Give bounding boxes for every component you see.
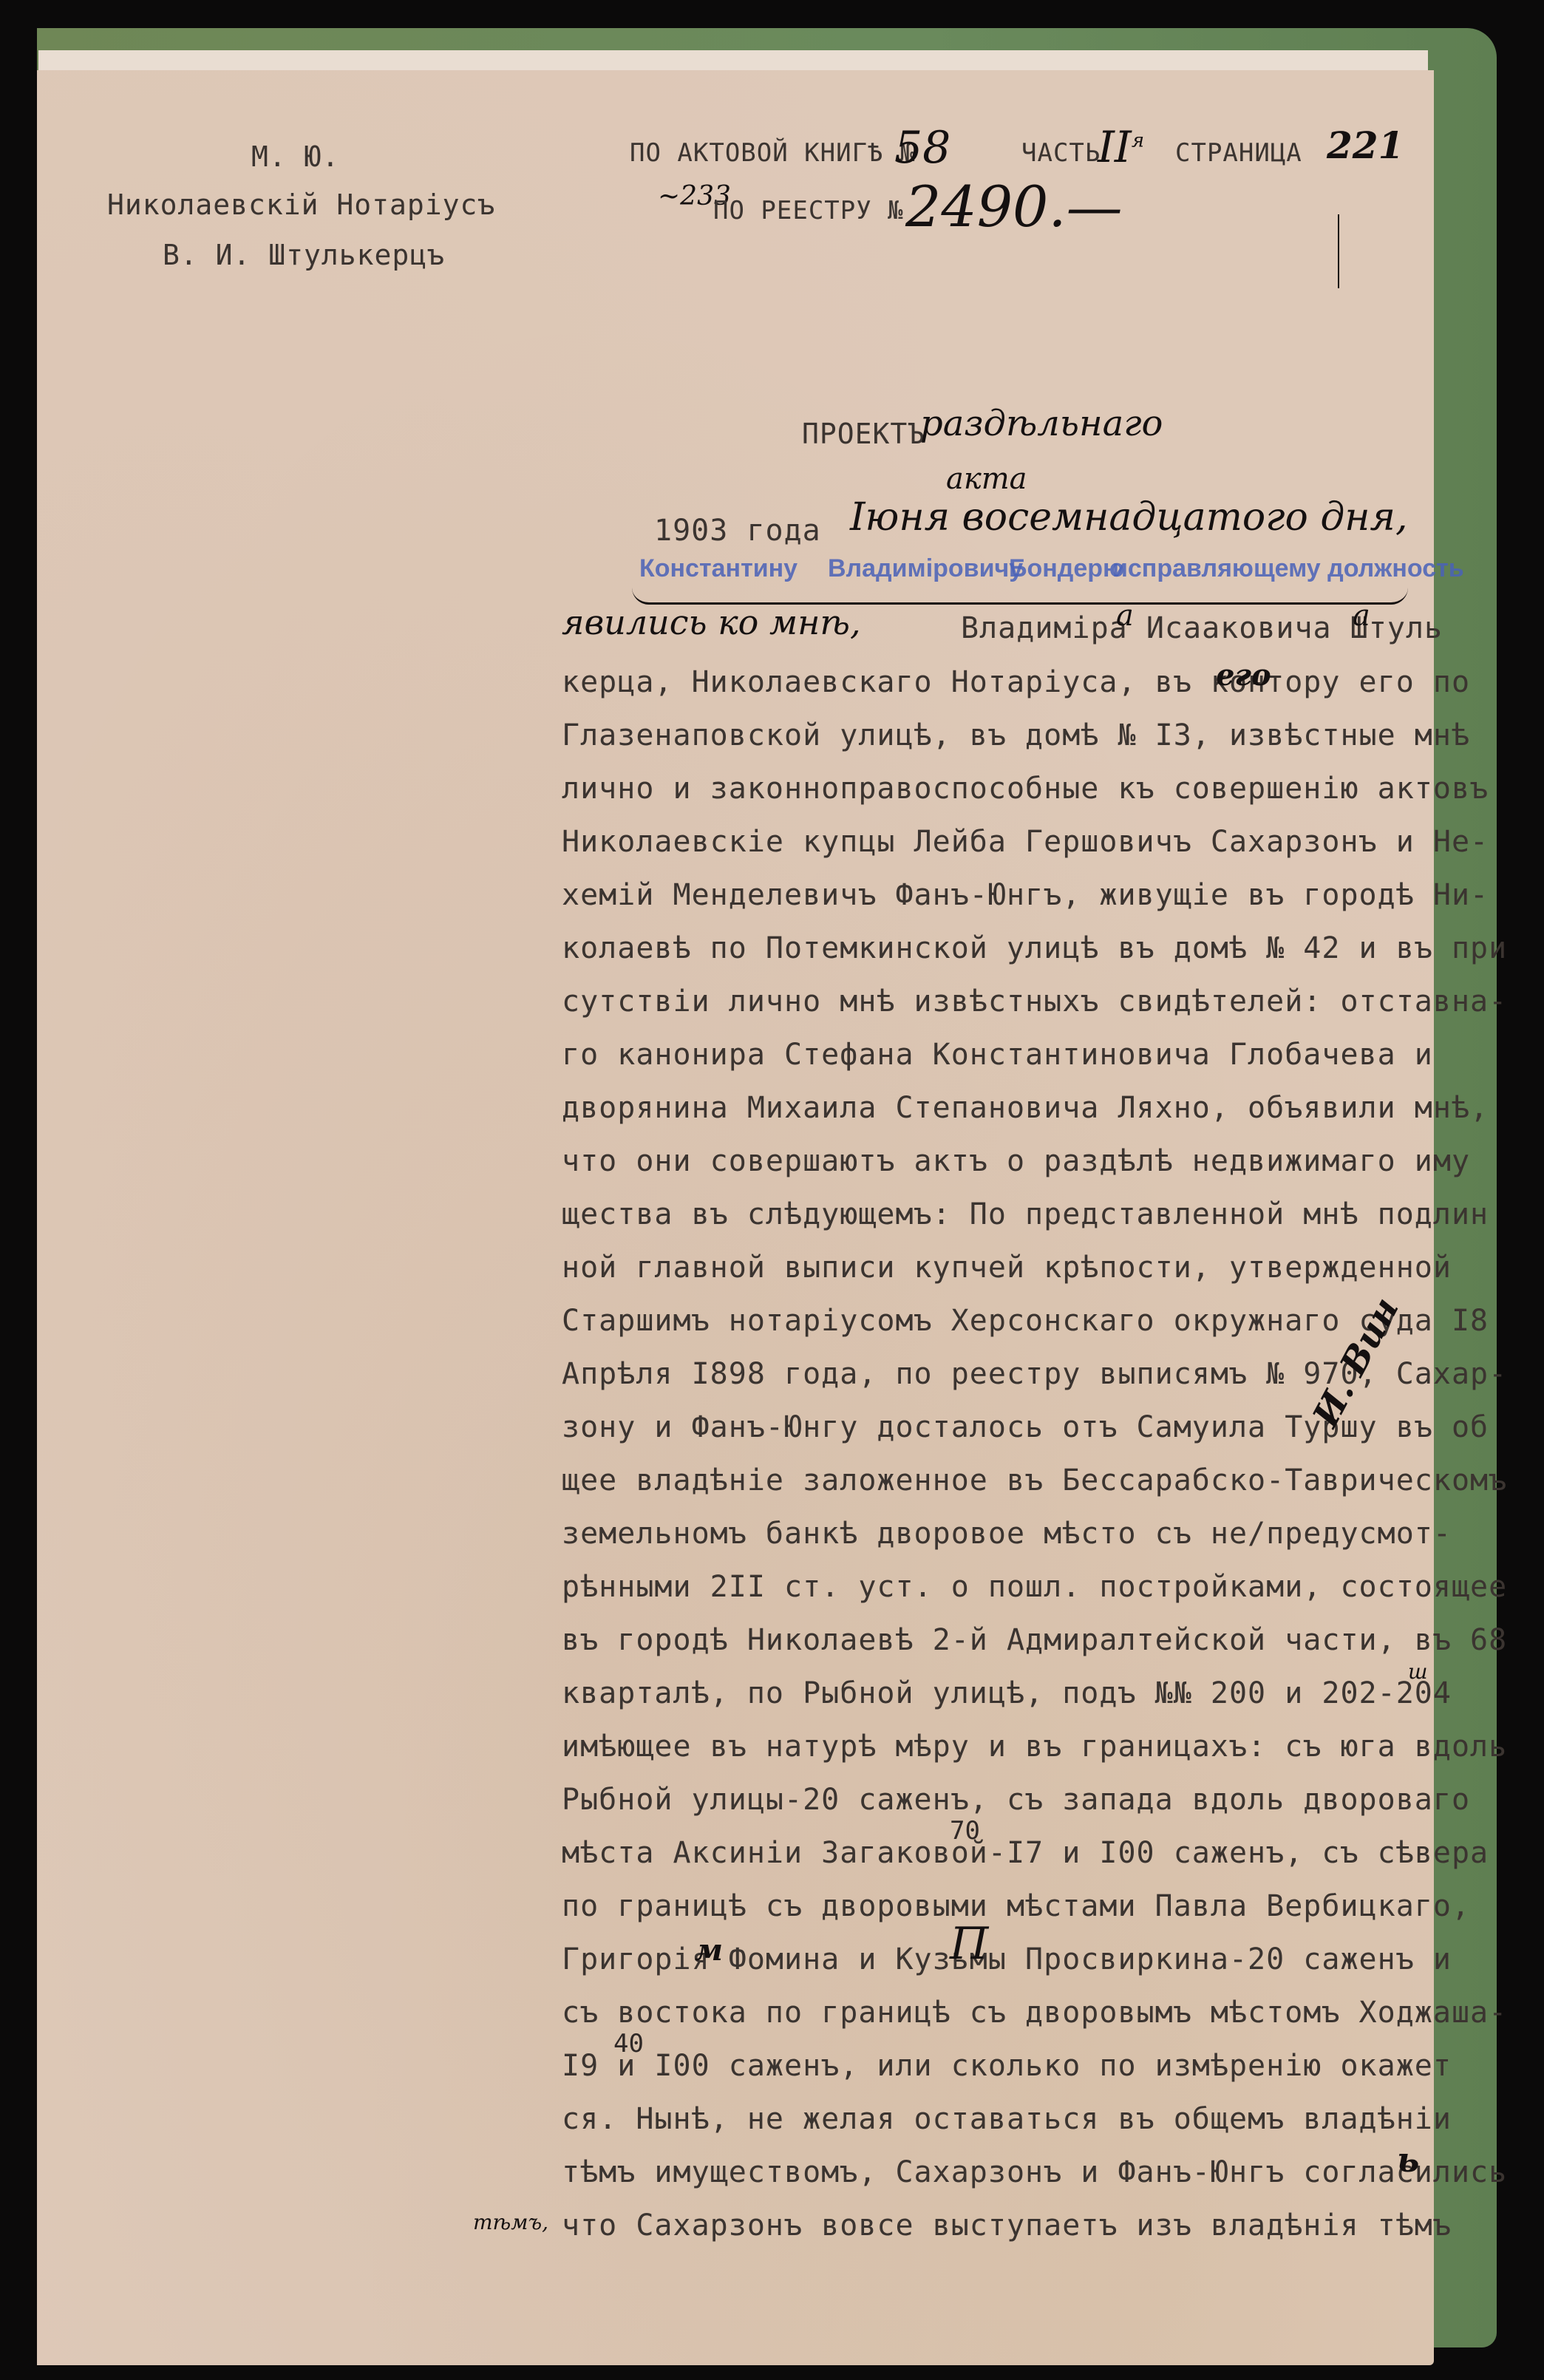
- fraction-numerator-east: 40: [613, 2029, 644, 2058]
- insertion-typed: Владиміра Исааковича Штуль: [961, 611, 1443, 645]
- body-line: земельномъ банкѣ дворовое мѣсто съ не/пр…: [562, 1517, 1452, 1551]
- body-line: I9 и I00 саженъ, или сколько по измѣрені…: [562, 2049, 1452, 2083]
- body-line: кварталѣ, по Рыбной улицѣ, подъ №№ 200 и…: [562, 1676, 1452, 1710]
- part-roman: II: [1098, 122, 1132, 172]
- document-page: М. Ю. Николаевскій Нотаріусъ В. И. Штуль…: [37, 70, 1434, 2365]
- body-line: тѣмъ имуществомъ, Сахарзонъ и Фанъ-Юнгъ …: [562, 2155, 1507, 2189]
- date-year: 1903 года: [654, 514, 821, 548]
- correction-fomin: м: [695, 1933, 723, 1968]
- page-value: 221: [1327, 123, 1404, 167]
- year-value: 1903: [654, 514, 728, 548]
- body-line: въ городѣ Николаевѣ 2-й Адмиралтейской ч…: [562, 1623, 1507, 1657]
- body-line: Рыбной улицы-20 саженъ, съ запада вдоль …: [562, 1783, 1470, 1817]
- body-line: щества въ слѣдующемъ: По представленной …: [562, 1197, 1489, 1231]
- correction-prosvirkin: П: [950, 1918, 988, 1970]
- registry-number: 2490.—: [905, 174, 1123, 239]
- correction-soglasilis: ь: [1397, 2140, 1419, 2180]
- registry-label: ПО РЕЕСТРУ №: [713, 196, 904, 225]
- correction-houses-suffix: ш: [1408, 1659, 1428, 1684]
- left-margin-word: тѣмъ,: [473, 2210, 548, 2234]
- body-line: имѣющее въ натурѣ мѣру и въ границахъ: с…: [562, 1730, 1507, 1764]
- body-line: лично и законноправоспособные къ соверше…: [562, 772, 1489, 806]
- body-line: по границѣ съ дворовыми мѣстами Павла Ве…: [562, 1889, 1470, 1923]
- vertical-pencil-mark: [1338, 214, 1339, 288]
- title-handwritten-line2: акта: [946, 462, 1027, 496]
- insertion-handwritten: явились ко мнѣ,: [562, 602, 861, 642]
- page-label: СТРАНИЦА: [1175, 138, 1302, 168]
- body-line: рѣнными 2II ст. уст. о пошл. постройками…: [562, 1570, 1507, 1604]
- correction-his: его: [1216, 658, 1271, 693]
- stamp-name-surname: Бондерю: [1009, 554, 1124, 583]
- part-value: IIя: [1098, 122, 1144, 172]
- body-line: го канонира Стефана Константиновича Глоб…: [562, 1038, 1433, 1072]
- body-line: что они совершаютъ актъ о раздѣлѣ недвиж…: [562, 1144, 1470, 1178]
- letterhead-notary-title: Николаевскій Нотаріусъ: [107, 188, 495, 221]
- body-line: дворянина Михаила Степановича Ляхно, объ…: [562, 1091, 1489, 1125]
- fraction-numerator-west: 70: [950, 1816, 980, 1846]
- act-book-number: 58: [894, 122, 950, 174]
- part-suffix: я: [1132, 130, 1144, 152]
- body-line: керца, Николаевскаго Нотаріуса, въ конто…: [562, 665, 1470, 699]
- date-handwritten: Іюня восемнадцатого дня,: [850, 495, 1408, 540]
- body-line: что Сахарзонъ вовсе выступаетъ изъ владѣ…: [562, 2209, 1452, 2243]
- correction-a-isaakovich: а: [1353, 599, 1370, 633]
- title-typed: ПРОЕКТЪ: [802, 418, 925, 450]
- title-handwritten: раздѣльнаго: [920, 403, 1163, 444]
- body-line: щее владѣніе заложенное въ Бессарабско-Т…: [562, 1463, 1507, 1497]
- letterhead-initials: М. Ю.: [251, 140, 339, 173]
- act-book-label: ПО АКТОВОЙ КНИГѢ №: [630, 138, 915, 168]
- body-line: сутствіи лично мнѣ извѣстныхъ свидѣтелей…: [562, 985, 1507, 1019]
- stamp-acting-position: исправляющему должность: [1112, 554, 1464, 583]
- body-line: ной главной выписи купчей крѣпости, утве…: [562, 1251, 1452, 1285]
- part-label: ЧАСТЬ: [1021, 138, 1101, 168]
- body-line: съ востока по границѣ съ дворовымъ мѣсто…: [562, 1996, 1507, 2030]
- body-line: Николаевскіе купцы Лейба Гершовичъ Сахар…: [562, 825, 1489, 859]
- body-line: колаевѣ по Потемкинской улицѣ въ домѣ № …: [562, 931, 1507, 965]
- body-line: мѣста Аксиніи Загаковой-I7 и I00 саженъ,…: [562, 1836, 1489, 1870]
- year-label: года: [747, 514, 820, 548]
- body-line: Глазенаповской улицѣ, въ домѣ № I3, извѣ…: [562, 718, 1470, 752]
- body-line: хемій Менделевичъ Фанъ-Юнгъ, живущіе въ …: [562, 878, 1489, 912]
- correction-a-vladimir: а: [1116, 599, 1134, 633]
- letterhead-notary-name: В. И. Штулькерцъ: [163, 239, 445, 271]
- stamp-name-first: Константину: [639, 554, 797, 583]
- stamp-name-patronymic: Владиміровичу: [828, 554, 1023, 583]
- body-line: ся. Нынѣ, не желая оставаться въ общемъ …: [562, 2102, 1452, 2136]
